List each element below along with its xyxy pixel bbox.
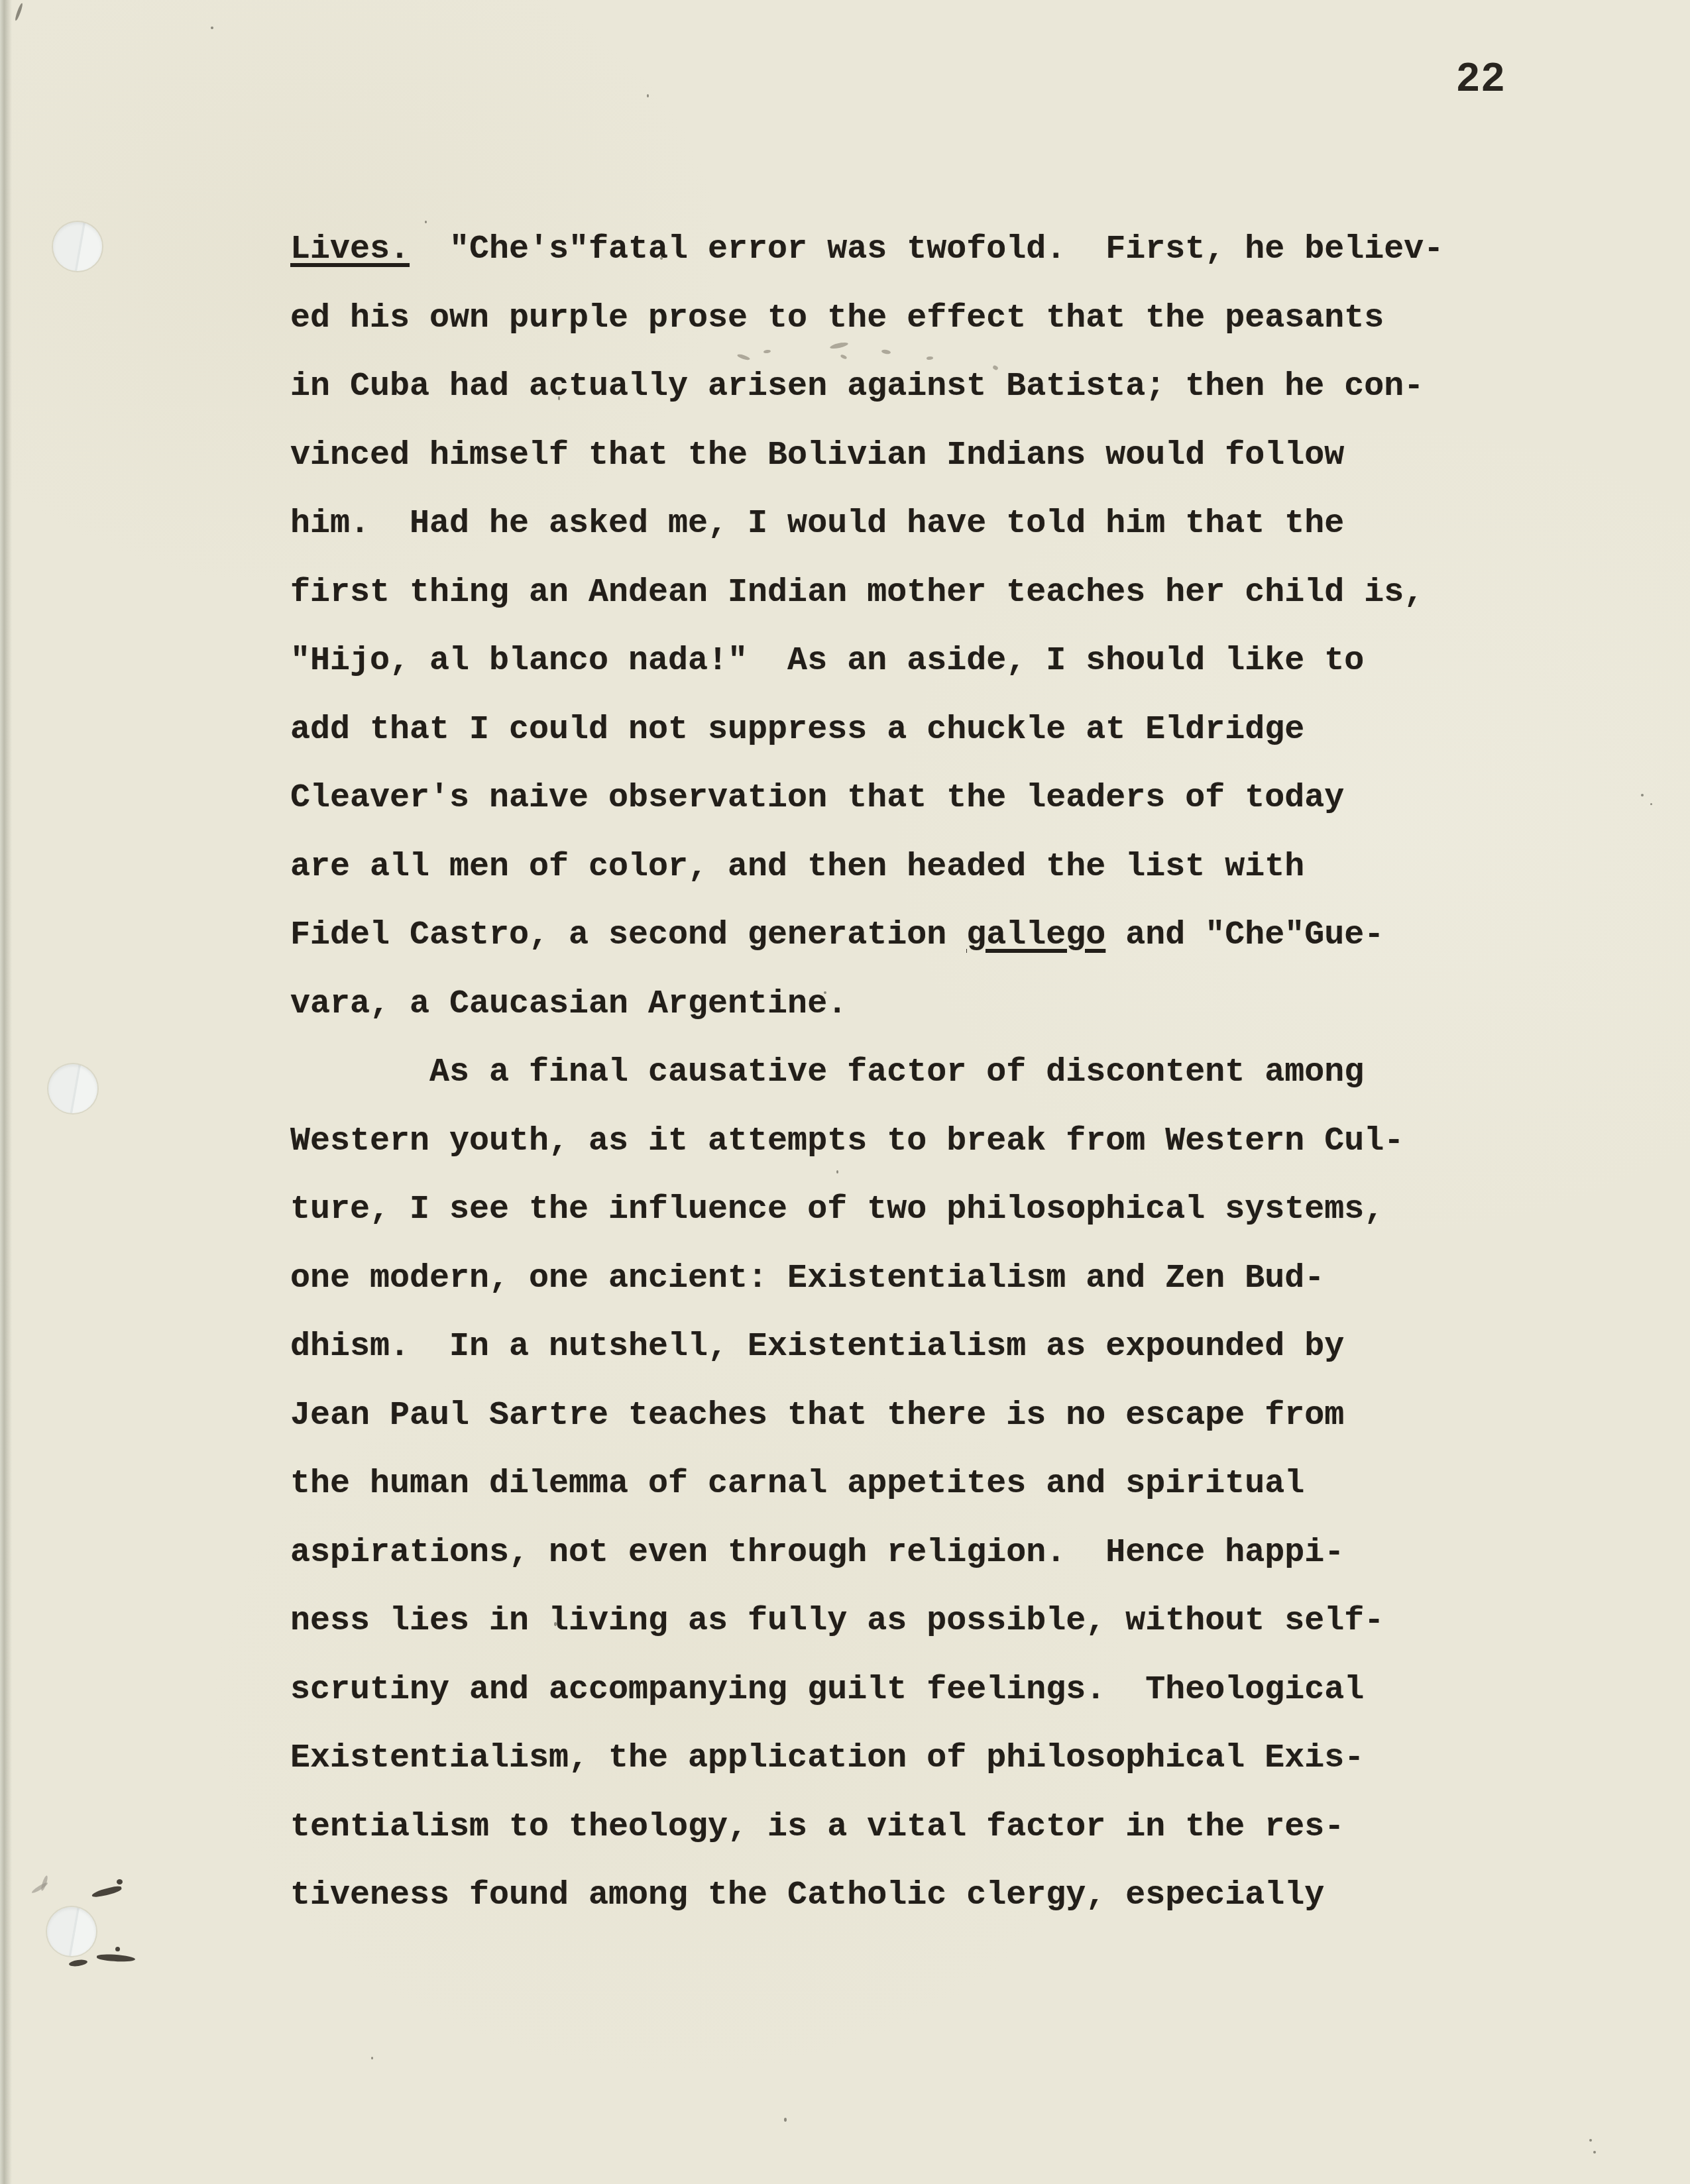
- typed-text-segment: scrutiny and accompanying guilt feelings…: [290, 1671, 1364, 1709]
- ink-blot: [91, 1885, 122, 1899]
- typed-text-segment: ness lies in living as fully as possible…: [290, 1602, 1384, 1640]
- typed-line: Western youth, as it attempts to break f…: [290, 1107, 1443, 1176]
- typed-line: first thing an Andean Indian mother teac…: [290, 559, 1443, 628]
- punch-hole-top: [53, 222, 102, 271]
- typed-line: dhism. In a nutshell, Existentialism as …: [290, 1313, 1443, 1382]
- typed-line: As a final causative factor of disconten…: [290, 1038, 1443, 1107]
- typed-line: ness lies in living as fully as possible…: [290, 1587, 1443, 1656]
- ink-blot: [115, 1947, 120, 1951]
- typed-line: vara, a Caucasian Argentine.: [290, 970, 1443, 1039]
- typed-text-segment: him. Had he asked me, I would have told …: [290, 505, 1344, 543]
- typed-text-segment: and "Che"Gue-: [1105, 916, 1384, 954]
- paper-speck: [554, 1622, 557, 1626]
- typed-text-segment: "Che's"fatal error was twofold. First, h…: [410, 231, 1443, 268]
- typed-line: ture, I see the influence of two philoso…: [290, 1175, 1443, 1244]
- typed-line: Fidel Castro, a second generation galleg…: [290, 901, 1443, 970]
- ink-blot: [97, 1953, 135, 1962]
- typed-line: in Cuba had actually arisen against Bati…: [290, 353, 1443, 421]
- typed-line: Existentialism, the application of philo…: [290, 1724, 1443, 1793]
- paper-speck: [824, 991, 826, 994]
- typed-text-segment: Cleaver's naive observation that the lea…: [290, 779, 1344, 817]
- paper-speck: [1650, 803, 1652, 805]
- typed-line: Cleaver's naive observation that the lea…: [290, 764, 1443, 833]
- ink-blot: [69, 1959, 88, 1967]
- underlined-text: Lives.: [290, 231, 410, 268]
- typed-text-segment: ed his own purple prose to the effect th…: [290, 300, 1384, 337]
- typed-text-segment: Existentialism, the application of philo…: [290, 1739, 1364, 1777]
- typed-text-segment: vara, a Caucasian Argentine.: [290, 985, 847, 1023]
- typed-text-segment: are all men of color, and then headed th…: [290, 848, 1304, 886]
- typed-text-segment: tiveness found among the Catholic clergy…: [290, 1877, 1324, 1914]
- typed-line: the human dilemma of carnal appetites an…: [290, 1450, 1443, 1519]
- typed-text-segment: first thing an Andean Indian mother teac…: [290, 574, 1424, 612]
- paper-speck: [660, 257, 663, 260]
- typed-text-segment: Jean Paul Sartre teaches that there is n…: [290, 1397, 1344, 1435]
- paper-speck: [558, 396, 560, 400]
- punch-hole-middle: [48, 1064, 97, 1113]
- typed-text-segment: As a final causative factor of disconten…: [290, 1054, 1364, 1091]
- typed-line: "Hijo, al blanco nada!" As an aside, I s…: [290, 627, 1443, 696]
- paper-speck: [784, 2118, 787, 2122]
- typed-text-segment: Western youth, as it attempts to break f…: [290, 1122, 1404, 1160]
- paper-speck: [211, 27, 213, 29]
- typed-line: Lives. "Che's"fatal error was twofold. F…: [290, 215, 1443, 284]
- paper-speck: [1593, 2151, 1596, 2154]
- typed-text-segment: add that I could not suppress a chuckle …: [290, 711, 1304, 749]
- typed-text-segment: vinced himself that the Bolivian Indians…: [290, 437, 1344, 474]
- paper-speck: [1641, 794, 1644, 796]
- typed-line: scrutiny and accompanying guilt feelings…: [290, 1656, 1443, 1725]
- document-page: 22 Lives. "Che's"fatal error was twofold…: [0, 0, 1690, 2184]
- typed-line: vinced himself that the Bolivian Indians…: [290, 421, 1443, 490]
- punch-hole-bottom: [47, 1907, 96, 1956]
- typed-text-segment: ture, I see the influence of two philoso…: [290, 1191, 1384, 1228]
- typed-text-segment: tentialism to theology, is a vital facto…: [290, 1808, 1344, 1846]
- typed-line: tiveness found among the Catholic clergy…: [290, 1861, 1443, 1930]
- paper-speck: [1589, 2139, 1592, 2142]
- typed-line: aspirations, not even through religion. …: [290, 1519, 1443, 1588]
- scratch-mark: [14, 3, 23, 21]
- typed-text-segment: in Cuba had actually arisen against Bati…: [290, 368, 1424, 406]
- typed-line: ed his own purple prose to the effect th…: [290, 284, 1443, 353]
- paper-speck: [371, 2057, 373, 2059]
- typed-line: are all men of color, and then headed th…: [290, 833, 1443, 902]
- page-number: 22: [1457, 57, 1506, 98]
- typed-text-segment: the human dilemma of carnal appetites an…: [290, 1465, 1304, 1503]
- typed-text-segment: "Hijo, al blanco nada!" As an aside, I s…: [290, 642, 1364, 680]
- page-edge-shadow: [0, 0, 12, 2184]
- typed-text-segment: aspirations, not even through religion. …: [290, 1534, 1344, 1572]
- typed-line: him. Had he asked me, I would have told …: [290, 490, 1443, 559]
- underlined-text: gallego: [966, 916, 1105, 954]
- typed-text: Lives. "Che's"fatal error was twofold. F…: [290, 215, 1443, 1930]
- typed-text-segment: dhism. In a nutshell, Existentialism as …: [290, 1328, 1344, 1366]
- paper-speck: [836, 1170, 838, 1174]
- typed-line: add that I could not suppress a chuckle …: [290, 696, 1443, 765]
- typed-text-segment: Fidel Castro, a second generation: [290, 916, 966, 954]
- typed-line: Jean Paul Sartre teaches that there is n…: [290, 1382, 1443, 1450]
- paper-speck: [425, 221, 427, 223]
- paper-speck: [647, 94, 649, 97]
- typed-line: tentialism to theology, is a vital facto…: [290, 1793, 1443, 1862]
- typed-line: one modern, one ancient: Existentialism …: [290, 1244, 1443, 1313]
- ink-blot: [117, 1879, 123, 1884]
- typed-text-segment: one modern, one ancient: Existentialism …: [290, 1260, 1324, 1297]
